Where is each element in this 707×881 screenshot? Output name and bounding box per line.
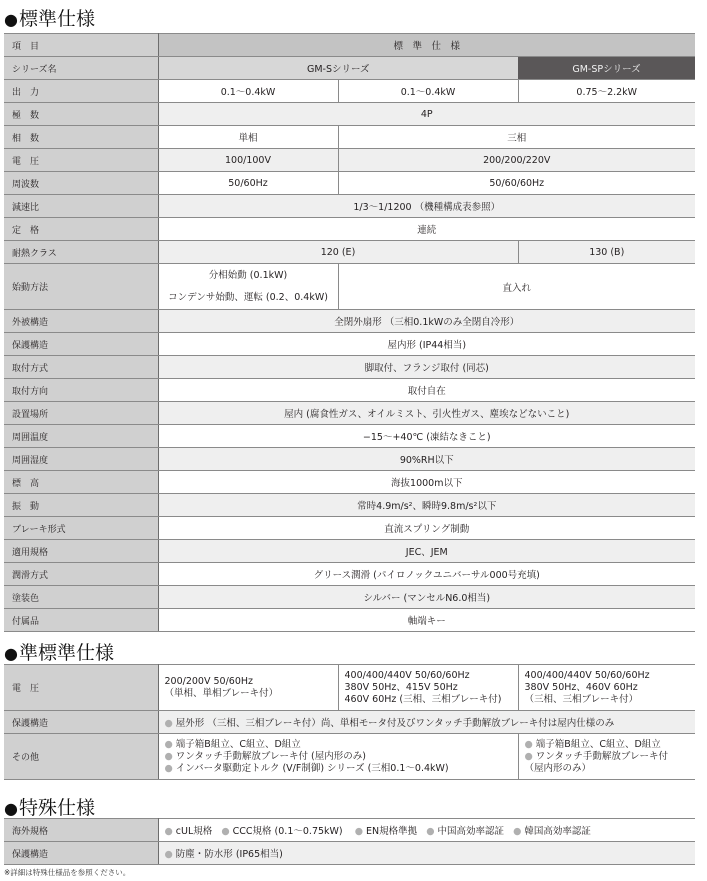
bullet-icon: ● — [165, 763, 173, 774]
cell-value: 分相始動 (0.1kW) コンデンサ始動、運転 (0.2、0.4kW) — [158, 264, 338, 310]
text-line: （単相、単相ブレーキ付） — [165, 688, 334, 700]
bullet-icon: ● — [165, 739, 173, 750]
starting-method-line-1: 分相始動 (0.1kW) — [163, 265, 334, 287]
section-title-special: ●特殊仕様 — [4, 793, 95, 820]
table-row-ambient-temp: 周囲温度 −15～+40℃ (凍結なきこと) — [4, 425, 695, 448]
footnote: ※詳細は特殊仕様品を参照ください。 — [4, 867, 130, 878]
row-label: 海外規格 — [4, 819, 158, 842]
text-line: 380V 50Hz、460V 60Hz — [525, 682, 692, 694]
section-title-semi-standard: ●準標準仕様 — [4, 638, 114, 665]
bullet-dot-icon: ● — [4, 799, 18, 818]
starting-method-line-2: コンデンサ始動、運転 (0.2、0.4kW) — [163, 287, 334, 309]
cell-value: 直流スプリング制動 — [158, 517, 695, 540]
cell-value: 120 (E) — [158, 241, 518, 264]
cell-value: ●屋外形 （三相、三相ブレーキ付）尚、単相モータ付及びワンタッチ手動解放ブレーキ… — [158, 711, 695, 734]
cell-value: ●防塵・防水形 (IP65相当) — [158, 842, 695, 865]
table-row-lubrication: 潤滑方式 グリース潤滑 (パイロノックユニバーサル000号充填) — [4, 563, 695, 586]
cell-value: ●端子箱B組立、C組立、D組立 ●ワンタッチ手動解放ブレーキ付 (屋内形のみ) … — [158, 734, 518, 780]
text-line: 460V 60Hz (三相、三相ブレーキ付) — [345, 694, 514, 706]
row-label: 周囲温度 — [4, 425, 158, 448]
table-row-poles: 極 数 4P — [4, 103, 695, 126]
text-line: 200/200V 50/60Hz — [165, 676, 334, 688]
standard-spec-table: 項 目 標 準 仕 様 シリーズ名 GM-Sシリーズ GM-SPシリーズ 出 力… — [4, 33, 695, 632]
bullet-icon: ● — [165, 826, 173, 837]
table-row-mounting-method: 取付方式 脚取付、フランジ取付 (同芯) — [4, 356, 695, 379]
cell-value: 常時4.9m/s²、瞬時9.8m/s²以下 — [158, 494, 695, 517]
row-label: 出 力 — [4, 80, 158, 103]
list-item: （屋内形のみ） — [525, 763, 692, 775]
row-label: 保護構造 — [4, 711, 158, 734]
bullet-dot-icon: ● — [4, 10, 18, 29]
row-label: 電 圧 — [4, 665, 158, 711]
row-label: 定 格 — [4, 218, 158, 241]
row-label: 付属品 — [4, 609, 158, 632]
row-label: 適用規格 — [4, 540, 158, 563]
cell-value: −15～+40℃ (凍結なきこと) — [158, 425, 695, 448]
header-spec-label: 標 準 仕 様 — [158, 34, 695, 57]
table-row-altitude: 標 高 海抜1000m以下 — [4, 471, 695, 494]
row-label: 塗装色 — [4, 586, 158, 609]
table-row-voltage: 電 圧 100/100V 200/200/220V — [4, 149, 695, 172]
cell-value: 0.1～0.4kW — [338, 80, 518, 103]
list-item: ●端子箱B組立、C組立、D組立 — [165, 739, 514, 751]
bullet-icon: ● — [426, 826, 434, 837]
table-row-brake-type: ブレーキ形式 直流スプリング制動 — [4, 517, 695, 540]
row-label: 相 数 — [4, 126, 158, 149]
list-item: ●端子箱B組立、C組立、D組立 — [525, 739, 692, 751]
cell-value: 三相 — [338, 126, 695, 149]
table-row-frequency: 周波数 50/60Hz 50/60/60Hz — [4, 172, 695, 195]
table-row-protection: 保護構造 ●防塵・防水形 (IP65相当) — [4, 842, 695, 865]
bullet-icon: ● — [525, 739, 533, 750]
text-line: 400/400/440V 50/60/60Hz — [525, 670, 692, 682]
row-label: 振 動 — [4, 494, 158, 517]
row-label: シリーズ名 — [4, 57, 158, 80]
cell-value: ●cUL規格 ●CCC規格 (0.1～0.75kW) ●EN規格準拠 ●中国高効… — [158, 819, 695, 842]
table-row-other: その他 ●端子箱B組立、C組立、D組立 ●ワンタッチ手動解放ブレーキ付 (屋内形… — [4, 734, 695, 780]
row-label: 取付方式 — [4, 356, 158, 379]
row-label: 耐熱クラス — [4, 241, 158, 264]
cell-value: ●端子箱B組立、C組立、D組立 ●ワンタッチ手動解放ブレーキ付 （屋内形のみ） — [518, 734, 695, 780]
row-label: 標 高 — [4, 471, 158, 494]
table-row-starting-method: 始動方法 分相始動 (0.1kW) コンデンサ始動、運転 (0.2、0.4kW)… — [4, 264, 695, 310]
cell-value: 50/60/60Hz — [338, 172, 695, 195]
table-row-rating: 定 格 連続 — [4, 218, 695, 241]
table-row-accessories: 付属品 軸端キー — [4, 609, 695, 632]
table-row-overseas-standards: 海外規格 ●cUL規格 ●CCC規格 (0.1～0.75kW) ●EN規格準拠 … — [4, 819, 695, 842]
table-row-voltage: 電 圧 200/200V 50/60Hz （単相、単相ブレーキ付） 400/40… — [4, 665, 695, 711]
row-label: 極 数 — [4, 103, 158, 126]
section-title-standard: ●標準仕様 — [4, 4, 95, 31]
cell-value: 1/3～1/1200 （機種構成表参照） — [158, 195, 695, 218]
row-label: 取付方向 — [4, 379, 158, 402]
list-item: ●ワンタッチ手動解放ブレーキ付 (屋内形のみ) — [165, 751, 514, 763]
table-row-ambient-humidity: 周囲湿度 90%RH以下 — [4, 448, 695, 471]
semi-standard-spec-table: 電 圧 200/200V 50/60Hz （単相、単相ブレーキ付） 400/40… — [4, 664, 695, 780]
table-row-vibration: 振 動 常時4.9m/s²、瞬時9.8m/s²以下 — [4, 494, 695, 517]
bullet-icon: ● — [221, 826, 229, 837]
cell-value: 直入れ — [338, 264, 695, 310]
cell-value: 単相 — [158, 126, 338, 149]
table-row-heat-class: 耐熱クラス 120 (E) 130 (B) — [4, 241, 695, 264]
cell-value: 屋内形 (IP44相当) — [158, 333, 695, 356]
table-row-series: シリーズ名 GM-Sシリーズ GM-SPシリーズ — [4, 57, 695, 80]
table-row-standards: 適用規格 JEC、JEM — [4, 540, 695, 563]
cell-value: JEC、JEM — [158, 540, 695, 563]
cell-value: 取付自在 — [158, 379, 695, 402]
text-line: （三相、三相ブレーキ付） — [525, 694, 692, 706]
cell-value: 軸端キー — [158, 609, 695, 632]
table-row-mounting-direction: 取付方向 取付自在 — [4, 379, 695, 402]
series-gm-sp: GM-SPシリーズ — [518, 57, 695, 80]
row-label: 周波数 — [4, 172, 158, 195]
cell-value: 0.1～0.4kW — [158, 80, 338, 103]
table-row-protection: 保護構造 ●屋外形 （三相、三相ブレーキ付）尚、単相モータ付及びワンタッチ手動解… — [4, 711, 695, 734]
row-label: 外被構造 — [4, 310, 158, 333]
bullet-icon: ● — [165, 718, 173, 729]
table-row-reduction-ratio: 減速比 1/3～1/1200 （機種構成表参照） — [4, 195, 695, 218]
cell-value: シルバー (マンセルN6.0相当) — [158, 586, 695, 609]
text-line: 380V 50Hz、415V 50Hz — [345, 682, 514, 694]
table-row-paint-color: 塗装色 シルバー (マンセルN6.0相当) — [4, 586, 695, 609]
row-label: 電 圧 — [4, 149, 158, 172]
cell-value: 脚取付、フランジ取付 (同芯) — [158, 356, 695, 379]
special-spec-table: 海外規格 ●cUL規格 ●CCC規格 (0.1～0.75kW) ●EN規格準拠 … — [4, 818, 695, 865]
row-label: 潤滑方式 — [4, 563, 158, 586]
table-row-output: 出 力 0.1～0.4kW 0.1～0.4kW 0.75～2.2kW — [4, 80, 695, 103]
bullet-icon: ● — [513, 826, 521, 837]
row-label: ブレーキ形式 — [4, 517, 158, 540]
list-item: ●インバータ駆動定トルク (V/F制御) シリーズ (三相0.1～0.4kW) — [165, 763, 514, 775]
header-item-label: 項 目 — [4, 34, 158, 57]
cell-value: グリース潤滑 (パイロノックユニバーサル000号充填) — [158, 563, 695, 586]
cell-value: 50/60Hz — [158, 172, 338, 195]
table-row-protection: 保護構造 屋内形 (IP44相当) — [4, 333, 695, 356]
bullet-icon: ● — [165, 849, 173, 860]
text-line: 400/400/440V 50/60/60Hz — [345, 670, 514, 682]
table-row-enclosure: 外被構造 全閉外扇形 （三相0.1kWのみ全閉自冷形） — [4, 310, 695, 333]
row-label: その他 — [4, 734, 158, 780]
row-label: 周囲湿度 — [4, 448, 158, 471]
row-label: 保護構造 — [4, 333, 158, 356]
cell-value: 屋内 (腐食性ガス、オイルミスト、引火性ガス、塵埃などないこと) — [158, 402, 695, 425]
row-label: 設置場所 — [4, 402, 158, 425]
cell-value: 130 (B) — [518, 241, 695, 264]
bullet-icon: ● — [355, 826, 363, 837]
table-header-row: 項 目 標 準 仕 様 — [4, 34, 695, 57]
list-item: ●ワンタッチ手動解放ブレーキ付 — [525, 751, 692, 763]
bullet-icon: ● — [525, 751, 533, 762]
cell-value: 200/200V 50/60Hz （単相、単相ブレーキ付） — [158, 665, 338, 711]
cell-value: 400/400/440V 50/60/60Hz 380V 50Hz、460V 6… — [518, 665, 695, 711]
cell-value: 連続 — [158, 218, 695, 241]
cell-value: 0.75～2.2kW — [518, 80, 695, 103]
series-gm-s: GM-Sシリーズ — [158, 57, 518, 80]
row-label: 始動方法 — [4, 264, 158, 310]
table-row-installation: 設置場所 屋内 (腐食性ガス、オイルミスト、引火性ガス、塵埃などないこと) — [4, 402, 695, 425]
cell-value: 全閉外扇形 （三相0.1kWのみ全閉自冷形） — [158, 310, 695, 333]
cell-value: 海抜1000m以下 — [158, 471, 695, 494]
cell-value: 90%RH以下 — [158, 448, 695, 471]
row-label: 減速比 — [4, 195, 158, 218]
bullet-icon: ● — [165, 751, 173, 762]
cell-value: 4P — [158, 103, 695, 126]
cell-value: 100/100V — [158, 149, 338, 172]
table-row-phase: 相 数 単相 三相 — [4, 126, 695, 149]
cell-value: 400/400/440V 50/60/60Hz 380V 50Hz、415V 5… — [338, 665, 518, 711]
row-label: 保護構造 — [4, 842, 158, 865]
bullet-dot-icon: ● — [4, 644, 18, 663]
cell-value: 200/200/220V — [338, 149, 695, 172]
